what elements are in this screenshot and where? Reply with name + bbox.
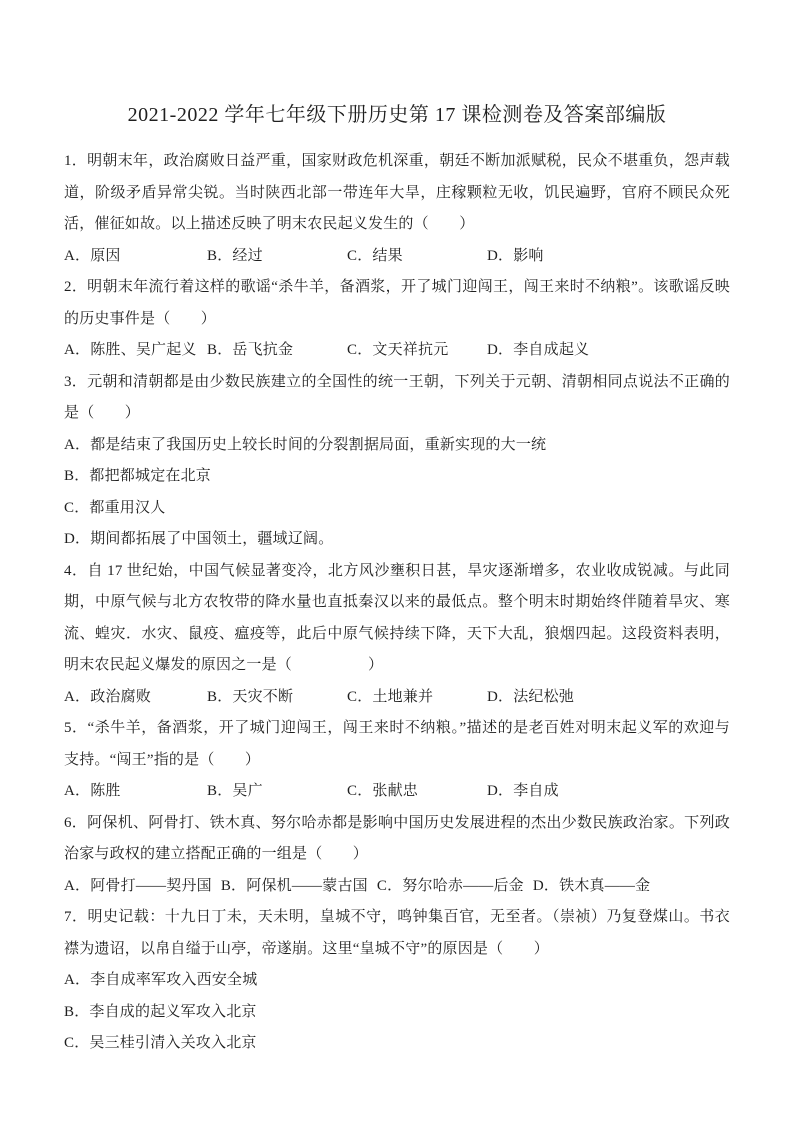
question-6: 6．阿保机、阿骨打、铁木真、努尔哈赤都是影响中国历史发展进程的杰出少数民族政治家… bbox=[64, 808, 730, 903]
question-3-option-d: D．期间都拓展了中国领土，疆域辽阔。 bbox=[64, 524, 730, 556]
question-5-option-c: C．张献忠 bbox=[347, 776, 487, 808]
question-2-option-c: C．文天祥抗元 bbox=[347, 335, 487, 367]
question-6-stem: 6．阿保机、阿骨打、铁木真、努尔哈赤都是影响中国历史发展进程的杰出少数民族政治家… bbox=[64, 808, 730, 871]
question-6-option-b: B．阿保机——蒙古国 bbox=[221, 871, 368, 903]
question-7: 7．明史记载：十九日丁未，天未明，皇城不守，鸣钟集百官，无至者。（崇祯）乃复登煤… bbox=[64, 902, 730, 1060]
question-4-stem: 4．自 17 世纪始，中国气候显著变冷，北方风沙壅积日甚，旱灾逐渐增多，农业收成… bbox=[64, 556, 730, 682]
question-2: 2．明朝末年流行着这样的歌谣“杀牛羊，备酒浆，开了城门迎闯王，闯王来时不纳粮”。… bbox=[64, 272, 730, 367]
question-1-options: A．原因 B．经过 C．结果 D．影响 bbox=[64, 241, 730, 273]
question-6-option-a: A．阿骨打——契丹国 bbox=[64, 871, 212, 903]
question-4-option-c: C．土地兼并 bbox=[347, 682, 487, 714]
question-5: 5．“杀牛羊，备酒浆，开了城门迎闯王，闯王来时不纳粮。”描述的是老百姓对明末起义… bbox=[64, 713, 730, 808]
question-7-option-c: C．吴三桂引清入关攻入北京 bbox=[64, 1028, 730, 1060]
question-5-option-a: A．陈胜 bbox=[64, 776, 207, 808]
question-1-option-b: B．经过 bbox=[207, 241, 347, 273]
question-1-stem: 1．明朝末年，政治腐败日益严重，国家财政危机深重，朝廷不断加派赋税，民众不堪重负… bbox=[64, 146, 730, 241]
question-1-option-c: C．结果 bbox=[347, 241, 487, 273]
page-title: 2021-2022 学年七年级下册历史第 17 课检测卷及答案部编版 bbox=[64, 100, 730, 130]
question-3-option-c: C．都重用汉人 bbox=[64, 493, 730, 525]
question-4-option-a: A．政治腐败 bbox=[64, 682, 207, 714]
document-page: 2021-2022 学年七年级下册历史第 17 课检测卷及答案部编版 1．明朝末… bbox=[0, 0, 793, 1122]
question-2-option-d: D．李自成起义 bbox=[487, 335, 730, 367]
question-1: 1．明朝末年，政治腐败日益严重，国家财政危机深重，朝廷不断加派赋税，民众不堪重负… bbox=[64, 146, 730, 272]
question-5-option-b: B．吴广 bbox=[207, 776, 347, 808]
question-4-option-d: D．法纪松弛 bbox=[487, 682, 730, 714]
question-1-option-d: D．影响 bbox=[487, 241, 730, 273]
question-1-option-a: A．原因 bbox=[64, 241, 207, 273]
question-3-stem: 3．元朝和清朝都是由少数民族建立的全国性的统一王朝，下列关于元朝、清朝相同点说法… bbox=[64, 367, 730, 430]
question-4-option-b: B．天灾不断 bbox=[207, 682, 347, 714]
question-3-option-b: B．都把都城定在北京 bbox=[64, 461, 730, 493]
question-7-option-b: B．李自成的起义军攻入北京 bbox=[64, 997, 730, 1029]
question-4-options: A．政治腐败 B．天灾不断 C．土地兼并 D．法纪松弛 bbox=[64, 682, 730, 714]
question-2-options: A．陈胜、吴广起义 B．岳飞抗金 C．文天祥抗元 D．李自成起义 bbox=[64, 335, 730, 367]
question-2-option-a: A．陈胜、吴广起义 bbox=[64, 335, 207, 367]
question-4: 4．自 17 世纪始，中国气候显著变冷，北方风沙壅积日甚，旱灾逐渐增多，农业收成… bbox=[64, 556, 730, 714]
question-5-stem: 5．“杀牛羊，备酒浆，开了城门迎闯王，闯王来时不纳粮。”描述的是老百姓对明末起义… bbox=[64, 713, 730, 776]
question-2-stem: 2．明朝末年流行着这样的歌谣“杀牛羊，备酒浆，开了城门迎闯王，闯王来时不纳粮”。… bbox=[64, 272, 730, 335]
question-7-stem: 7．明史记载：十九日丁未，天未明，皇城不守，鸣钟集百官，无至者。（崇祯）乃复登煤… bbox=[64, 902, 730, 965]
question-5-option-d: D．李自成 bbox=[487, 776, 730, 808]
question-3: 3．元朝和清朝都是由少数民族建立的全国性的统一王朝，下列关于元朝、清朝相同点说法… bbox=[64, 367, 730, 556]
question-2-option-b: B．岳飞抗金 bbox=[207, 335, 347, 367]
question-3-option-a: A．都是结束了我国历史上较长时间的分裂割据局面，重新实现的大一统 bbox=[64, 430, 730, 462]
question-7-option-a: A．李自成率军攻入西安全城 bbox=[64, 965, 730, 997]
question-5-options: A．陈胜 B．吴广 C．张献忠 D．李自成 bbox=[64, 776, 730, 808]
question-6-option-d: D．铁木真——金 bbox=[533, 871, 650, 903]
question-6-option-c: C．努尔哈赤——后金 bbox=[377, 871, 524, 903]
question-6-options: A．阿骨打——契丹国 B．阿保机——蒙古国 C．努尔哈赤——后金 D．铁木真——… bbox=[64, 871, 730, 903]
